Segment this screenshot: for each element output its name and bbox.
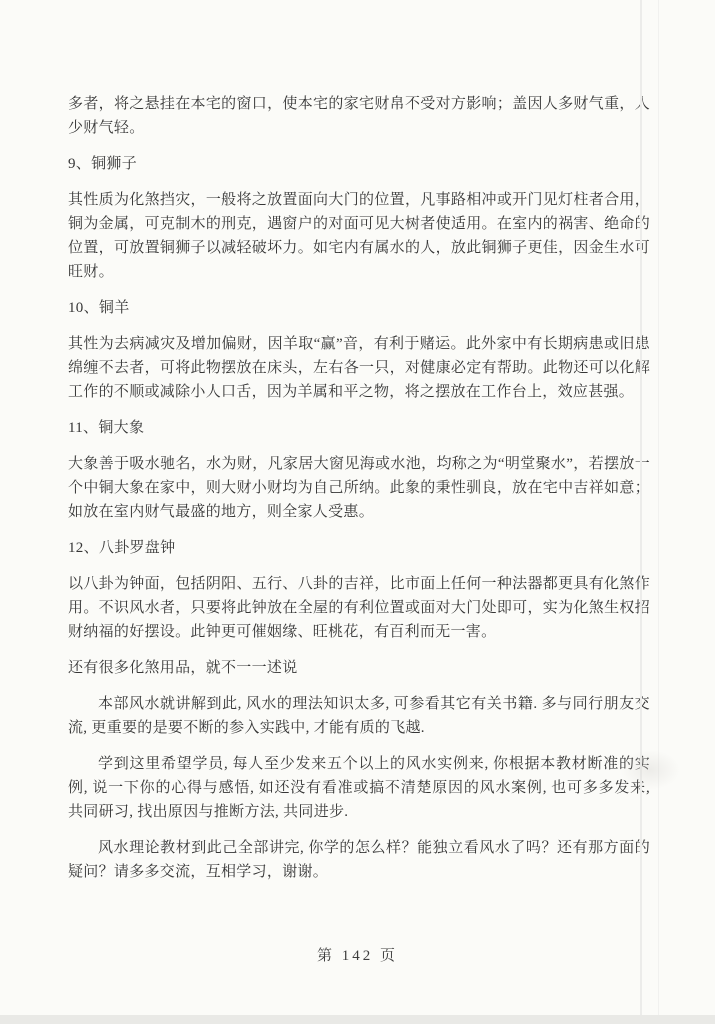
scan-artifact-vertical-line [640, 0, 642, 1024]
paragraph-section-11: 大象善于吸水驰名，水为财，凡家居大窗见海或水池，均称之为“明堂聚水”，若摆放一个… [68, 452, 650, 524]
paragraph-section-9: 其性质为化煞挡灾，一般将之放置面向大门的位置，凡事路相冲或开门见灯柱者合用，铜为… [68, 188, 650, 284]
paragraph-section-10: 其性为去病减灾及增加偏财，因羊取“赢”音，有利于赌运。此外家中有长期病患或旧患绵… [68, 332, 650, 404]
paragraph-continuation: 多者，将之悬挂在本宅的窗口，使本宅的家宅财帛不受对方影响；盖因人多财气重，人少财… [68, 92, 650, 140]
section-heading-12-bagua-compass-clock: 12、八卦罗盘钟 [68, 536, 650, 560]
closing-paragraph-1: 本部风水就讲解到此, 风水的理法知识太多, 可参看其它有关书籍. 多与同行朋友交… [68, 692, 650, 740]
section-heading-11-copper-elephant: 11、铜大象 [68, 416, 650, 440]
closing-paragraph-3: 风水理论教材到此己全部讲完, 你学的怎么样？能独立看风水了吗？还有那方面的疑问？… [68, 836, 650, 884]
section-heading-9-copper-lion: 9、铜狮子 [68, 152, 650, 176]
section-heading-10-copper-sheep: 10、铜羊 [68, 296, 650, 320]
note-line-more-items: 还有很多化煞用品，就不一一述说 [68, 656, 650, 680]
closing-paragraph-2: 学到这里希望学员, 每人至少发来五个以上的风水实例来, 你根据本教材断准的实例,… [68, 752, 650, 824]
paragraph-section-12: 以八卦为钟面，包括阴阳、五行、八卦的吉祥，比市面上任何一种法器都更具有化煞作用。… [68, 572, 650, 644]
page-number: 第 142 页 [0, 944, 715, 965]
scan-artifact-vertical-line-2 [658, 0, 659, 1024]
page-content: 多者，将之悬挂在本宅的窗口，使本宅的家宅财帛不受对方影响；盖因人多财气重，人少财… [68, 92, 650, 896]
scan-artifact-bottom-edge [0, 1015, 715, 1024]
scanned-document-page: 多者，将之悬挂在本宅的窗口，使本宅的家宅财帛不受对方影响；盖因人多财气重，人少财… [0, 0, 715, 1024]
scan-artifact-smudge [620, 750, 680, 790]
